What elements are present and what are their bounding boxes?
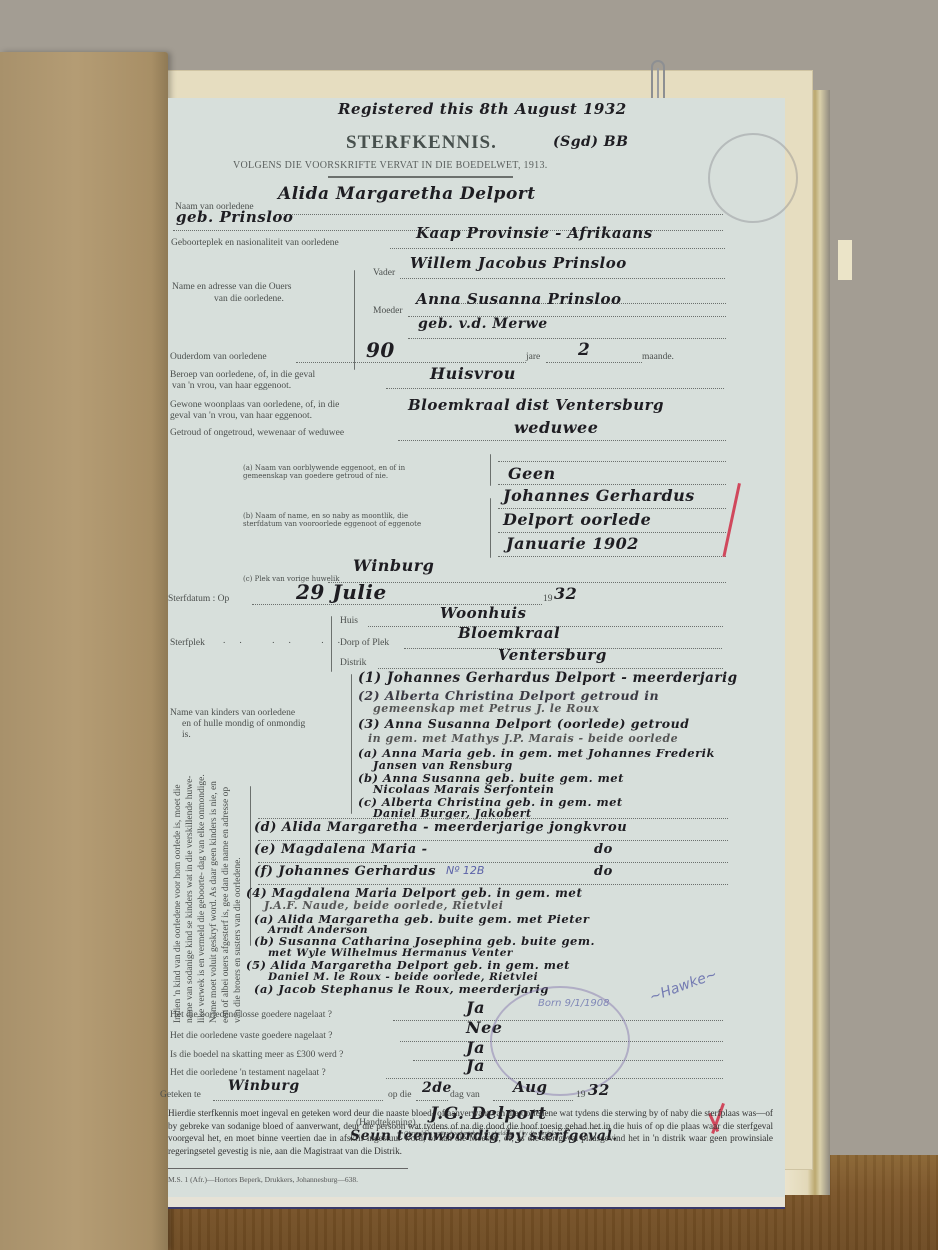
signed-annotation: (Sgd) BB	[553, 134, 628, 150]
label-day-of: dag van	[450, 1090, 480, 1100]
instructions-text: Hierdie sterfkennis moet ingeval en gete…	[168, 1107, 773, 1157]
child-entry: (d) Alida Margaretha - meerderjarige jon…	[254, 820, 627, 835]
label-children-2: en of hulle mondig of onmondig	[182, 719, 305, 729]
blue-annotation: Nº 12B	[446, 864, 484, 877]
label-residence-2: geval van 'n vrou, van haar eggenoot.	[170, 411, 312, 421]
court-stamp	[708, 133, 798, 223]
label-district: Distrik	[340, 658, 366, 668]
value-signed-year: 32	[588, 1081, 610, 1099]
label-marital: Getroud of ongetroud, wewenaar of weduwe…	[170, 428, 344, 438]
value-spouse-a: Geen	[508, 464, 556, 483]
value-signed-place: Winburg	[228, 1078, 300, 1094]
value-mother: Anna Susanna Prinsloo	[416, 290, 622, 308]
value-age-months: 2	[578, 340, 590, 360]
value-house: Woonhuis	[440, 604, 527, 622]
label-residence-1: Gewone woonplaas van oorledene, of, in d…	[170, 400, 339, 410]
value-maiden-name: geb. Prinsloo	[176, 208, 293, 226]
red-check-mark	[722, 483, 741, 557]
value-name: Alida Margaretha Delport	[278, 184, 536, 204]
registration-annotation: Registered this 8th August 1932	[338, 100, 627, 118]
form-subtitle: VOLGENS DIE VOORSKRIFTE VERVAT IN DIE BO…	[233, 160, 548, 171]
value-father: Willem Jacobus Prinsloo	[410, 254, 627, 272]
child-entry: (b) Susanna Catharina Josephina geb. bui…	[254, 934, 595, 948]
form-title: STERFKENNIS.	[346, 132, 497, 154]
label-parents-1: Name en adresse van die Ouers	[172, 282, 292, 292]
value-death-date: 29 Julie	[296, 580, 387, 604]
label-death-date: Sterfdatum : Op	[168, 594, 229, 604]
value-occupation: Huisvrou	[430, 364, 516, 383]
label-spouse-a-1: (a) Naam van oorblywende eggenoot, en of…	[243, 464, 405, 472]
value-district: Ventersburg	[498, 646, 607, 664]
value-town: Bloemkraal	[458, 624, 560, 642]
value-spouse-b-3: Januarie 1902	[506, 534, 639, 553]
label-occupation-1: Beroep van oorledene, of, in die geval	[170, 370, 315, 380]
estate-stamp	[490, 986, 630, 1096]
label-years: jare	[526, 352, 540, 362]
label-town: Dorp of Plek	[340, 638, 389, 648]
label-father: Vader	[373, 268, 395, 278]
value-over300: Ja	[466, 1038, 485, 1057]
label-testament: Het die oorledene 'n testament nagelaat …	[170, 1068, 326, 1078]
ditto-mark: do	[594, 864, 613, 879]
blue-signature: ~Hawke~	[647, 966, 719, 1005]
ditto-mark: do	[594, 842, 613, 857]
child-entry: (1) Johannes Gerhardus Delport - meerder…	[358, 670, 738, 686]
printer-imprint: M.S. 1 (Afr.)—Hortors Beperk, Drukkers, …	[168, 1175, 358, 1184]
value-marital: weduwee	[514, 418, 598, 437]
value-spouse-b-2: Delport oorlede	[503, 510, 651, 529]
label-over300: Is die boedel na skatting meer as £300 w…	[170, 1050, 343, 1060]
child-entry: (f) Johannes Gerhardus	[254, 864, 436, 879]
label-death-year: 19	[543, 594, 553, 604]
label-months: maande.	[642, 352, 674, 362]
label-house: Huis	[340, 616, 358, 626]
label-spouse-b-1: (b) Naam of name, en so naby as moontlik…	[243, 512, 408, 520]
child-entry: (e) Magdalena Maria -	[254, 842, 428, 857]
label-death-place: Sterfplek	[170, 638, 205, 648]
value-signed-day: 2de	[422, 1080, 452, 1096]
folder-cover	[0, 52, 168, 1250]
child-entry: (3) Anna Susanna Delport (oorlede) getro…	[358, 716, 689, 731]
child-entry: (2) Alberta Christina Delport getroud in	[358, 688, 659, 703]
title-rule	[328, 176, 513, 178]
label-signed-year: 19	[576, 1090, 586, 1100]
child-entry: gemeenskap met Petrus J. le Roux	[373, 702, 599, 715]
label-age: Ouderdom van oorledene	[170, 352, 267, 362]
value-birthplace: Kaap Provinsie - Afrikaans	[416, 224, 653, 242]
child-entry: (a) Jacob Stephanus le Roux, meerderjari…	[254, 982, 549, 996]
label-on-the: op die	[388, 1090, 411, 1100]
value-signed-month: Aug	[513, 1078, 548, 1096]
label-signed-at: Geteken te	[160, 1090, 201, 1100]
label-parents-2: van die oorledene.	[214, 294, 284, 304]
value-age-years: 90	[366, 338, 395, 362]
value-residence: Bloemkraal dist Ventersburg	[408, 396, 664, 414]
label-spouse-a-2: gemeenskap van goedere getroud of nie.	[243, 472, 388, 480]
value-movable: Ja	[466, 998, 485, 1017]
child-entry: (4) Magdalena Maria Delport geb. in gem.…	[246, 886, 582, 900]
value-spouse-c: Winburg	[353, 556, 434, 575]
children-side-note: Indien 'n kind van die oorledene voor ho…	[172, 773, 257, 1023]
value-mother-maiden: geb. v.d. Merwe	[418, 316, 548, 332]
child-entry: in gem. met Mathys J.P. Marais - beide o…	[368, 732, 678, 745]
label-immovable: Het die oorledene vaste goedere nagelaat…	[170, 1031, 332, 1041]
label-children-1: Name van kinders van oorledene	[170, 708, 295, 718]
child-entry: (a) Anna Maria geb. in gem. met Johannes…	[358, 746, 715, 760]
label-mother: Moeder	[373, 306, 403, 316]
value-spouse-b-1: Johannes Gerhardus	[503, 486, 695, 505]
label-occupation-2: van 'n vrou, van haar eggenoot.	[172, 381, 291, 391]
value-death-year: 32	[554, 584, 577, 603]
death-notice-form: Registered this 8th August 1932 (Sgd) BB…	[168, 98, 785, 1203]
label-spouse-b-2: sterfdatum van vooroorlede eggenoot of e…	[243, 520, 421, 528]
child-entry: (5) Alida Margaretha Delport geb. in gem…	[246, 958, 570, 972]
value-testament: Ja	[466, 1056, 485, 1075]
label-children-3: is.	[182, 730, 191, 740]
label-birthplace: Geboorteplek en nasionaliteit van oorled…	[171, 238, 339, 248]
child-entry: J.A.F. Naude, beide oorlede, Rietvlei	[264, 899, 503, 912]
label-movable: Het die oorledene losse goedere nagelaat…	[170, 1010, 332, 1020]
